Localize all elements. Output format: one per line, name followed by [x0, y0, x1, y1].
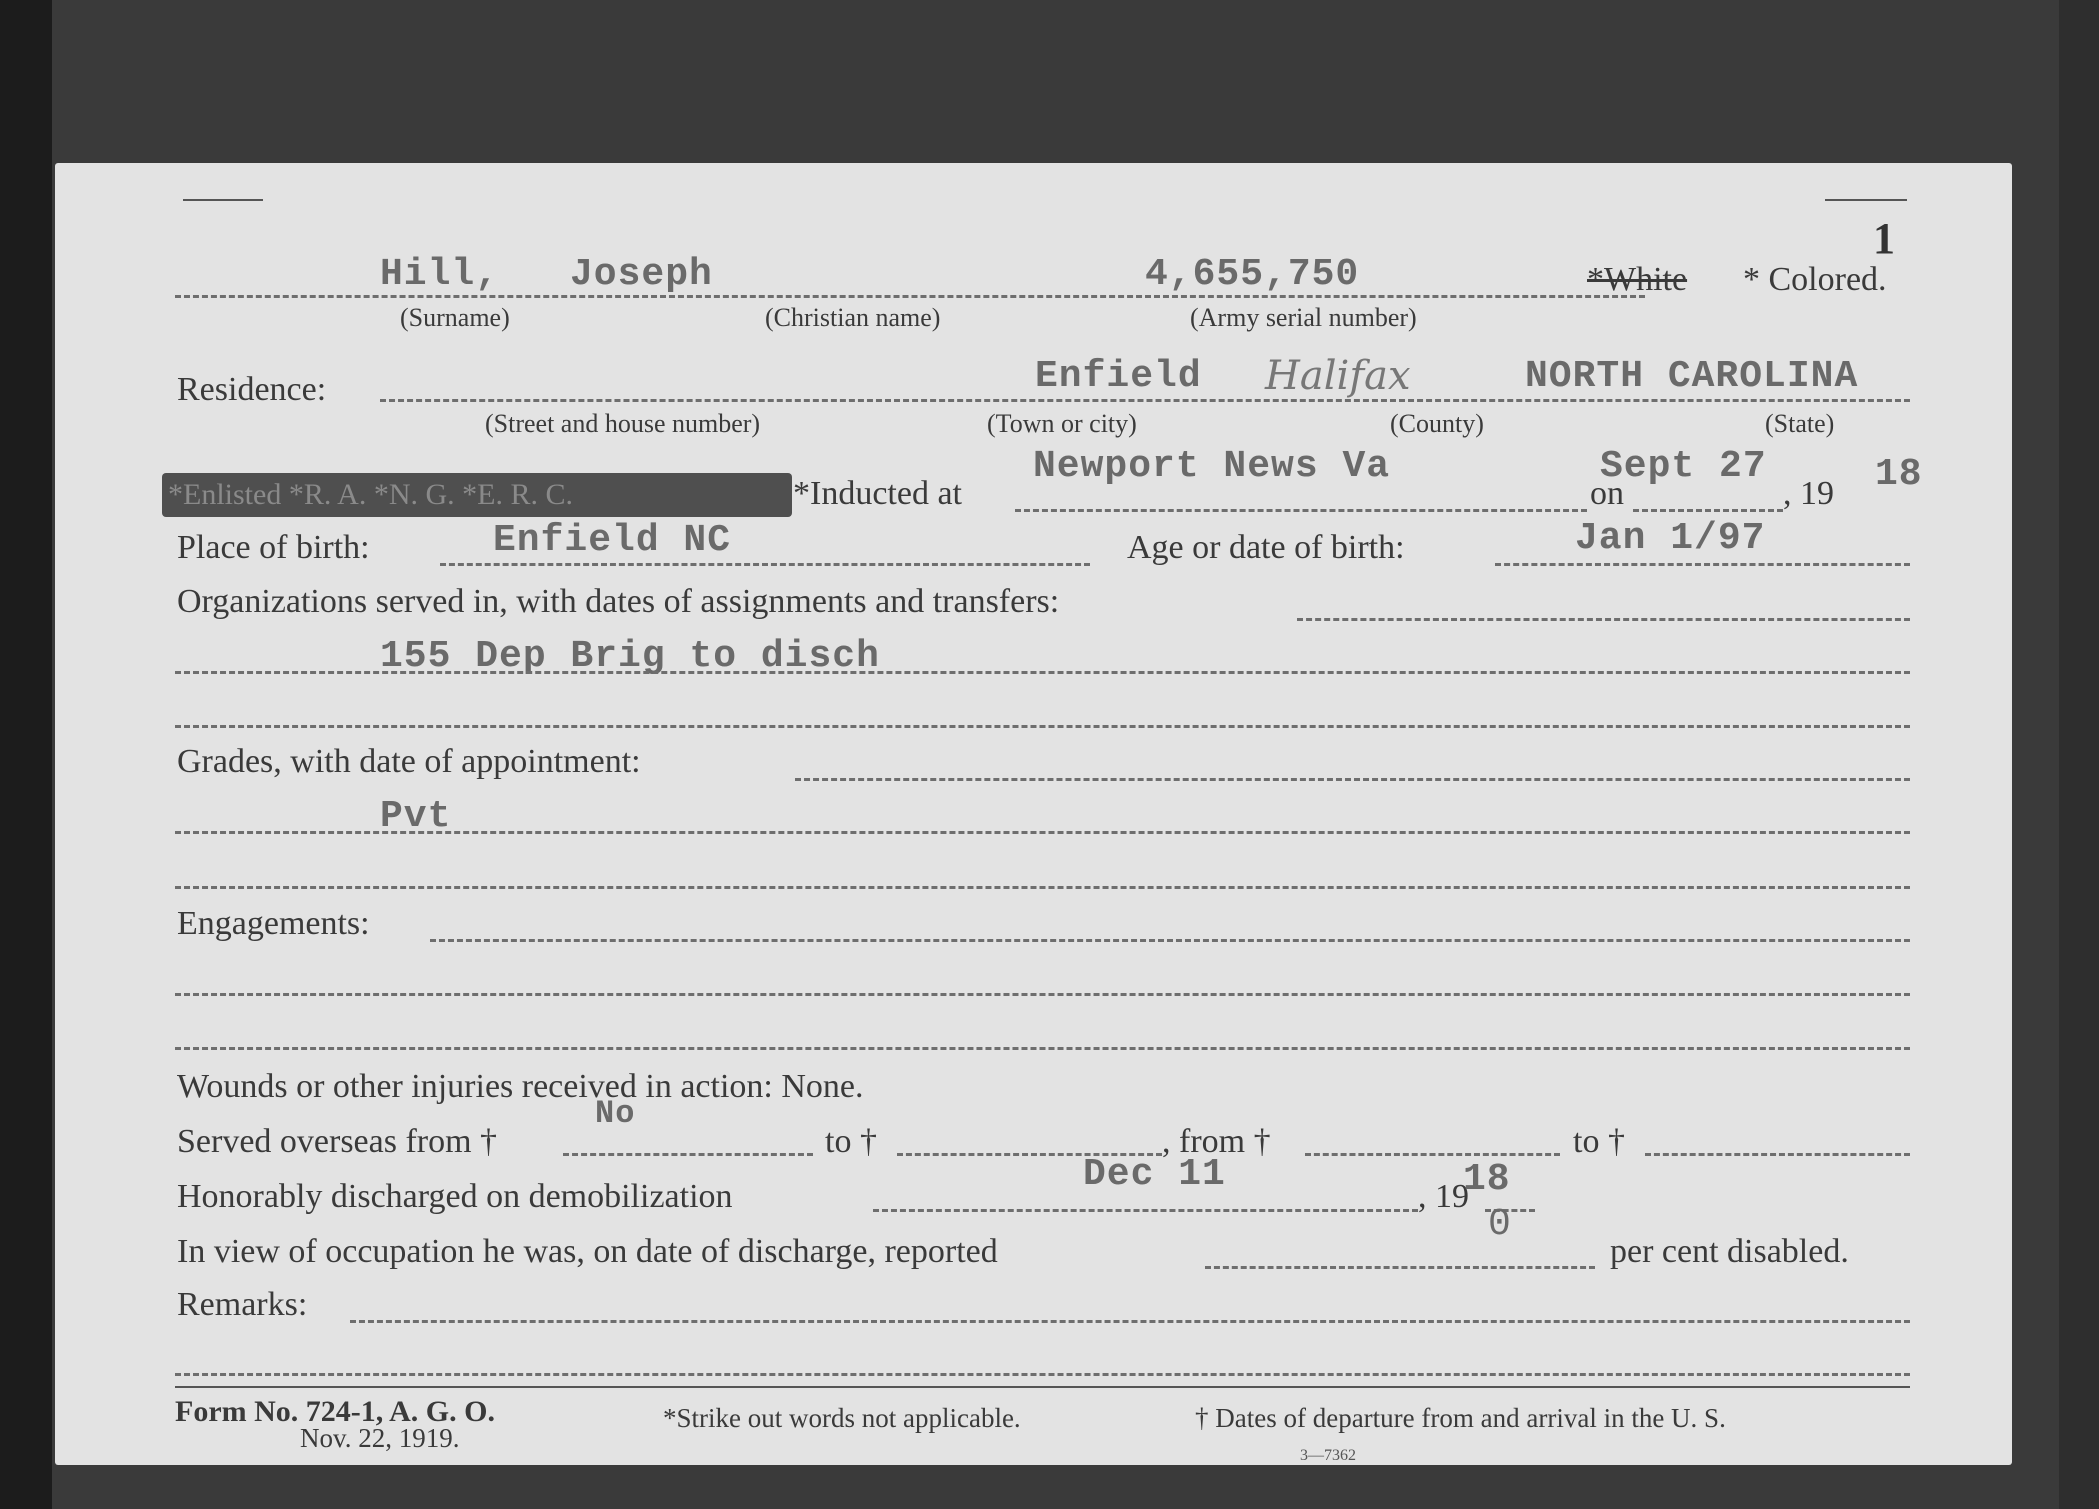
- remarks-line-2: [175, 1373, 1910, 1376]
- race-white-struck: *White: [1587, 261, 1687, 299]
- organizations-line-2: [175, 671, 1910, 674]
- inducted-date-value: Sept 27: [1600, 445, 1767, 488]
- inducted-year-prefix: , 19: [1783, 475, 1834, 513]
- place-of-birth-label: Place of birth:: [177, 529, 370, 567]
- disability-value: 0: [1488, 1203, 1512, 1246]
- place-of-birth-line: [440, 563, 1090, 566]
- state-value: NORTH CAROLINA: [1525, 355, 1858, 398]
- print-code: 3—7362: [1300, 1447, 1356, 1465]
- grades-label: Grades, with date of appointment:: [177, 743, 641, 781]
- grades-line-2: [175, 831, 1910, 834]
- age-line: [1495, 563, 1910, 566]
- overseas-to-label-2: to †: [1573, 1123, 1625, 1161]
- surname-value: Hill,: [380, 253, 499, 296]
- race-colored: * Colored.: [1743, 261, 1887, 299]
- grades-line-1: [795, 778, 1910, 781]
- county-value-handwritten: Halifax: [1265, 353, 1411, 399]
- engagements-line-3: [175, 1047, 1910, 1050]
- serial-number-label: (Army serial number): [1190, 303, 1417, 333]
- town-label: (Town or city): [987, 409, 1137, 439]
- remarks-label: Remarks:: [177, 1286, 307, 1324]
- inducted-place-line: [1015, 509, 1587, 512]
- service-record-card: 1 Hill, Joseph (Surname) (Christian name…: [55, 163, 2012, 1465]
- residence-line: [380, 399, 1910, 402]
- overseas-value: No: [595, 1095, 635, 1132]
- inducted-place-value: Newport News Va: [1033, 445, 1390, 488]
- surname-label: (Surname): [400, 303, 510, 333]
- top-left-rule: [183, 199, 263, 201]
- discharge-year-prefix: , 19: [1418, 1178, 1469, 1216]
- christian-name-label: (Christian name): [765, 303, 940, 333]
- discharge-year-value: 18: [1463, 1158, 1511, 1201]
- disability-suffix: per cent disabled.: [1610, 1233, 1849, 1271]
- serial-number-value: 4,655,750: [1145, 253, 1359, 296]
- remarks-line-1: [350, 1320, 1910, 1323]
- discharge-date-line: [873, 1209, 1418, 1212]
- county-label: (County): [1390, 409, 1484, 439]
- place-of-birth-value: Enfield NC: [493, 519, 731, 562]
- overseas-from-line-2: [1305, 1153, 1560, 1156]
- overseas-to-line-2: [1645, 1153, 1910, 1156]
- street-label: (Street and house number): [485, 409, 760, 439]
- christian-name-value: Joseph: [570, 253, 713, 296]
- inducted-at-label: *Inducted at: [793, 475, 962, 513]
- organizations-line-1: [1297, 618, 1910, 621]
- dates-note: † Dates of departure from and arrival in…: [1195, 1403, 1726, 1434]
- overseas-from-line: [563, 1153, 813, 1156]
- overseas-from-label: Served overseas from †: [177, 1123, 497, 1161]
- scan-background-right: [2059, 0, 2099, 1509]
- age-label: Age or date of birth:: [1127, 529, 1405, 567]
- discharge-label: Honorably discharged on demobilization: [177, 1178, 733, 1216]
- town-value: Enfield: [1035, 355, 1202, 398]
- wounds-label: Wounds or other injuries received in act…: [177, 1068, 864, 1106]
- card-number: 1: [1873, 213, 1895, 264]
- disability-line: [1205, 1266, 1595, 1269]
- form-date: Nov. 22, 1919.: [300, 1423, 460, 1454]
- birth-date-value: Jan 1/97: [1575, 517, 1765, 560]
- top-right-rule: [1825, 199, 1907, 201]
- footer-rule: [175, 1386, 1910, 1388]
- redacted-enlistment-options: *Enlisted *R. A. *N. G. *E. R. C.: [162, 473, 792, 517]
- residence-label: Residence:: [177, 371, 326, 409]
- overseas-to-label-1: to †: [825, 1123, 877, 1161]
- inducted-date-line: [1633, 509, 1783, 512]
- organizations-line-3: [175, 725, 1910, 728]
- inducted-year-value: 18: [1875, 453, 1923, 496]
- discharge-date-value: Dec 11: [1083, 1153, 1226, 1196]
- organizations-label: Organizations served in, with dates of a…: [177, 583, 1059, 621]
- disability-label: In view of occupation he was, on date of…: [177, 1233, 998, 1271]
- engagements-line-2: [175, 993, 1910, 996]
- engagements-line-1: [430, 939, 1910, 942]
- scan-background-left: [0, 0, 52, 1509]
- engagements-label: Engagements:: [177, 905, 370, 943]
- strike-out-note: *Strike out words not applicable.: [663, 1403, 1021, 1434]
- grades-line-3: [175, 886, 1910, 889]
- state-label: (State): [1765, 409, 1834, 439]
